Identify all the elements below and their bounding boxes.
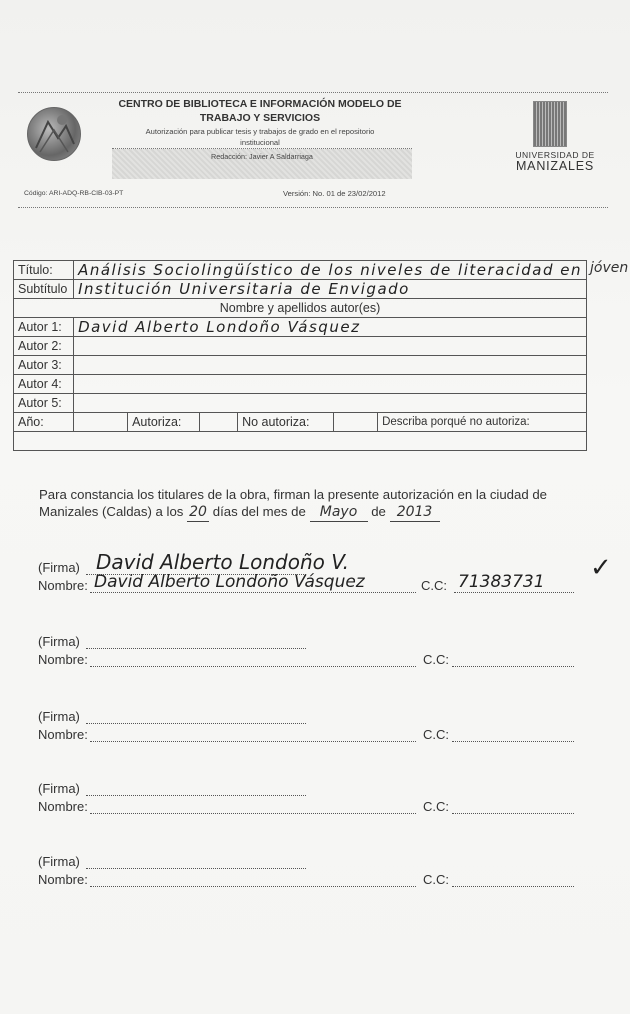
signature-block: (Firma) Nombre: C.C: bbox=[38, 781, 598, 817]
signature-block: (Firma) Nombre: C.C: bbox=[38, 634, 598, 670]
document-version: Versión: No. 01 de 23/02/2012 bbox=[283, 189, 386, 198]
titulo-field[interactable]: Análisis Sociolingüístico de los niveles… bbox=[74, 261, 587, 280]
author-row: Autor 3: bbox=[14, 356, 587, 375]
nombre-value: David Alberto Londoño Vásquez bbox=[94, 572, 365, 592]
nombre-label: Nombre: bbox=[38, 872, 88, 887]
firma-label: (Firma) bbox=[38, 709, 80, 724]
firma-field[interactable] bbox=[86, 709, 306, 724]
author-label: Autor 3: bbox=[14, 356, 74, 375]
cc-label: C.C: bbox=[423, 652, 449, 667]
month-field[interactable]: Mayo bbox=[310, 504, 368, 522]
describa-label: Describa porqué no autoriza: bbox=[378, 413, 587, 432]
statement-text3: días del mes de bbox=[213, 504, 306, 519]
author-row: Autor 5: bbox=[14, 394, 587, 413]
author-row: Autor 4: bbox=[14, 375, 587, 394]
anio-label: Año: bbox=[14, 413, 74, 432]
describa-row bbox=[14, 432, 587, 451]
author-field[interactable] bbox=[74, 337, 587, 356]
autoriza-label: Autoriza: bbox=[128, 413, 200, 432]
cc-label: C.C: bbox=[423, 872, 449, 887]
cc-label: C.C: bbox=[421, 578, 447, 593]
authorization-row: Año: Autoriza: No autoriza: Describa por… bbox=[14, 413, 587, 432]
firma-field[interactable] bbox=[86, 854, 306, 869]
author-label: Autor 5: bbox=[14, 394, 74, 413]
firma-field[interactable] bbox=[86, 781, 306, 796]
no-autoriza-checkbox[interactable] bbox=[334, 413, 378, 432]
nombre-label: Nombre: bbox=[38, 652, 88, 667]
author-field[interactable] bbox=[74, 356, 587, 375]
day-field[interactable]: 20 bbox=[187, 504, 209, 522]
statement-text2: Manizales (Caldas) a los bbox=[39, 504, 183, 519]
statement: Para constancia los titulares de la obra… bbox=[39, 486, 599, 522]
nombre-label: Nombre: bbox=[38, 799, 88, 814]
university-name-line2: MANIZALES bbox=[505, 159, 605, 173]
describa-field[interactable] bbox=[14, 432, 587, 451]
header-bottom-rule bbox=[18, 207, 608, 208]
statement-text1: Para constancia los titulares de la obra… bbox=[39, 487, 547, 502]
firma-value: David Alberto Londoño V. bbox=[96, 550, 349, 574]
library-seal-logo bbox=[27, 107, 81, 161]
firma-label: (Firma) bbox=[38, 781, 80, 796]
university-logo-icon bbox=[533, 101, 567, 147]
cc-value: 71383731 bbox=[458, 572, 545, 592]
header-subtitle-line1: Autorización para publicar tesis y traba… bbox=[110, 126, 410, 137]
nombre-field[interactable] bbox=[90, 652, 416, 667]
cc-field[interactable] bbox=[452, 872, 574, 887]
checkmark-icon: ✓ bbox=[590, 552, 612, 583]
author-field[interactable] bbox=[74, 394, 587, 413]
nombre-label: Nombre: bbox=[38, 727, 88, 742]
signature-block: (Firma) Nombre: C.C: bbox=[38, 709, 598, 745]
no-autoriza-label: No autoriza: bbox=[238, 413, 334, 432]
authors-header-row: Nombre y apellidos autor(es) bbox=[14, 299, 587, 318]
firma-field[interactable] bbox=[86, 634, 306, 649]
cc-label: C.C: bbox=[423, 799, 449, 814]
subtitulo-field[interactable]: Institución Universitaria de Envigado bbox=[74, 280, 587, 299]
author-label: Autor 4: bbox=[14, 375, 74, 394]
nombre-field[interactable] bbox=[90, 727, 416, 742]
nombre-field[interactable] bbox=[90, 799, 416, 814]
statement-text4: de bbox=[371, 504, 386, 519]
titulo-overflow-text: jóven bbox=[590, 260, 628, 276]
titulo-label: Título: bbox=[14, 261, 74, 280]
titulo-row: Título: Análisis Sociolingüístico de los… bbox=[14, 261, 587, 280]
firma-label: (Firma) bbox=[38, 634, 80, 649]
signature-block: (Firma) David Alberto Londoño V. Nombre:… bbox=[38, 560, 598, 596]
firma-label: (Firma) bbox=[38, 560, 80, 575]
firma-label: (Firma) bbox=[38, 854, 80, 869]
cc-field[interactable] bbox=[452, 652, 574, 667]
authors-header: Nombre y apellidos autor(es) bbox=[14, 299, 587, 318]
anio-field[interactable] bbox=[74, 413, 128, 432]
document-code: Código: ARI-ADQ-RB-CIB-03-PT bbox=[24, 190, 123, 197]
signature-block: (Firma) Nombre: C.C: bbox=[38, 854, 598, 890]
author-label: Autor 1: bbox=[14, 318, 74, 337]
author-row: Autor 2: bbox=[14, 337, 587, 356]
header-title-line2: TRABAJO Y SERVICIOS bbox=[110, 111, 410, 125]
subtitulo-label: Subtítulo bbox=[14, 280, 74, 299]
author-label: Autor 2: bbox=[14, 337, 74, 356]
author-row: Autor 1: David Alberto Londoño Vásquez bbox=[14, 318, 587, 337]
header-title-line1: CENTRO DE BIBLIOTECA E INFORMACIÓN MODEL… bbox=[110, 97, 410, 111]
nombre-field[interactable] bbox=[90, 872, 416, 887]
author-field[interactable]: David Alberto Londoño Vásquez bbox=[74, 318, 587, 337]
thesis-info-table: Título: Análisis Sociolingüístico de los… bbox=[13, 260, 587, 451]
author-field[interactable] bbox=[74, 375, 587, 394]
nombre-label: Nombre: bbox=[38, 578, 88, 593]
cc-field[interactable] bbox=[452, 727, 574, 742]
subtitulo-row: Subtítulo Institución Universitaria de E… bbox=[14, 280, 587, 299]
header-subtitle-line2: institucional bbox=[110, 137, 410, 148]
header-top-rule bbox=[18, 92, 608, 93]
document-page: CENTRO DE BIBLIOTECA E INFORMACIÓN MODEL… bbox=[0, 0, 630, 1014]
autoriza-checkbox[interactable] bbox=[200, 413, 238, 432]
cc-label: C.C: bbox=[423, 727, 449, 742]
header-redaccion: Redacción: Javier A Saldarriaga bbox=[112, 152, 412, 161]
cc-field[interactable] bbox=[452, 799, 574, 814]
year-field[interactable]: 2013 bbox=[390, 504, 440, 522]
